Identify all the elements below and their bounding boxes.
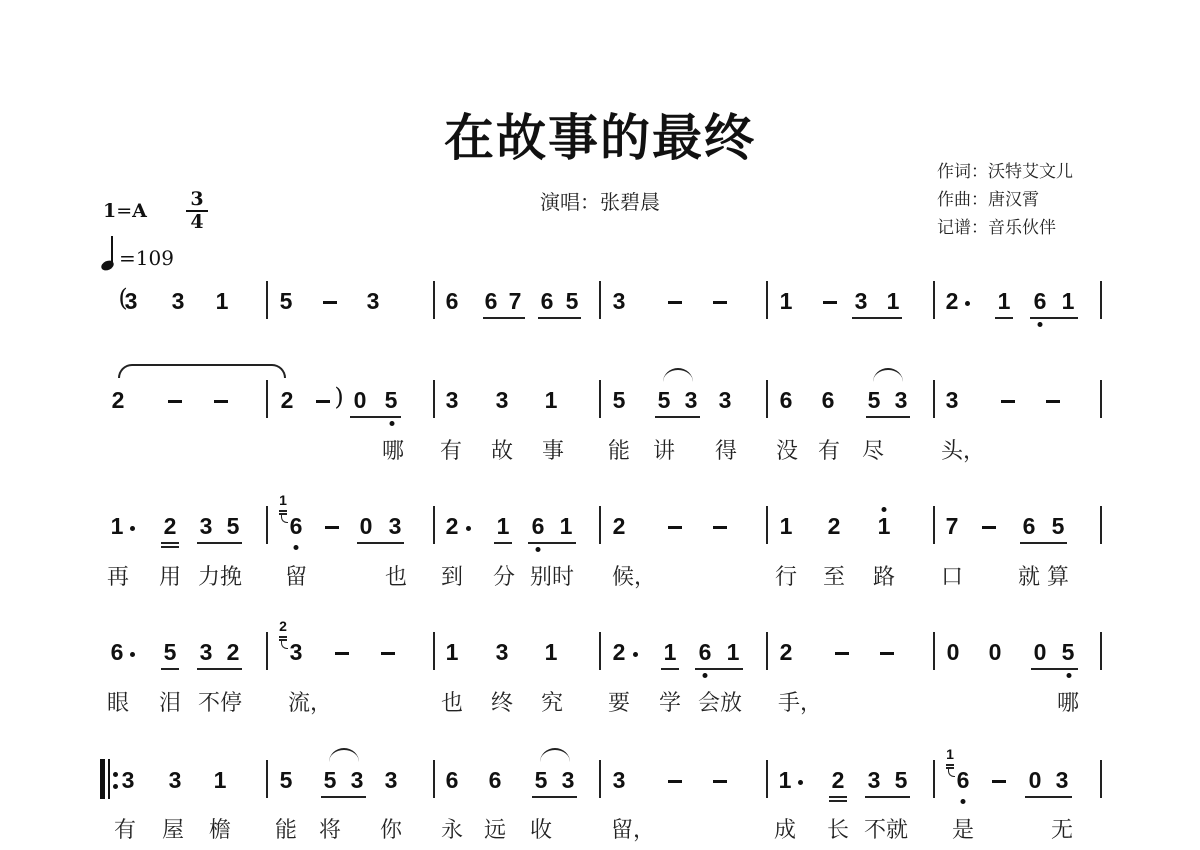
barline <box>599 632 601 670</box>
note: 5 <box>385 386 398 414</box>
note: 5 <box>613 386 626 414</box>
transcriber-credit: 记谱：音乐伙伴 <box>937 214 1073 242</box>
augmentation-dot <box>130 526 135 531</box>
note: 3 <box>367 287 380 315</box>
low-octave-dot <box>703 673 708 678</box>
key-signature: 1=A <box>103 200 147 222</box>
note: 0 <box>1029 766 1042 794</box>
note: 3 <box>200 638 213 666</box>
note: 3 <box>446 386 459 414</box>
note: 6 <box>1023 512 1036 540</box>
barline <box>266 760 268 798</box>
barline <box>933 281 935 319</box>
barline <box>933 632 935 670</box>
underline <box>1031 668 1078 670</box>
note: 5 <box>1062 638 1075 666</box>
note: 6 <box>541 287 554 315</box>
barline <box>266 506 268 544</box>
barline <box>766 380 768 418</box>
note: 5 <box>566 287 579 315</box>
lyricist-credit: 作词：沃特艾文儿 <box>937 158 1073 186</box>
underline <box>829 800 847 802</box>
note: 3 <box>200 512 213 540</box>
note: 0 <box>947 638 960 666</box>
note: 6 <box>699 638 712 666</box>
note: 0 <box>989 638 1002 666</box>
note: 0 <box>354 386 367 414</box>
underline <box>161 542 179 544</box>
note: 3 <box>496 638 509 666</box>
underline <box>357 542 404 544</box>
note: 3 <box>946 386 959 414</box>
close-paren: ) <box>334 383 343 411</box>
note: 2 <box>828 512 841 540</box>
grace-slur <box>281 640 288 649</box>
note: 3 <box>613 766 626 794</box>
note: 2 <box>227 638 240 666</box>
dash <box>835 652 849 655</box>
note: 5 <box>868 386 881 414</box>
underline <box>1025 796 1072 798</box>
note: 6 <box>489 766 502 794</box>
note: 1 <box>216 287 229 315</box>
dash <box>316 400 330 403</box>
barline <box>266 380 268 418</box>
underline <box>866 416 910 418</box>
underline <box>532 796 577 798</box>
dash <box>713 526 727 529</box>
underline <box>865 796 910 798</box>
note: 1 <box>779 766 792 794</box>
note: 6 <box>1034 287 1047 315</box>
note: 6 <box>957 766 970 794</box>
note: 2 <box>946 287 959 315</box>
note: 2 <box>613 638 626 666</box>
barline <box>1100 380 1102 418</box>
note: 7 <box>509 287 522 315</box>
low-octave-dot <box>294 545 299 550</box>
note: 3 <box>290 638 303 666</box>
low-octave-dot <box>961 799 966 804</box>
note: 1 <box>214 766 227 794</box>
underline <box>494 542 512 544</box>
underline <box>695 668 743 670</box>
underline <box>655 416 700 418</box>
barline <box>1100 506 1102 544</box>
barline <box>599 380 601 418</box>
repeat-start-thin-bar <box>108 759 110 799</box>
dash <box>1001 400 1015 403</box>
augmentation-dot <box>798 780 803 785</box>
repeat-start-thick-bar <box>100 759 105 799</box>
barline <box>433 506 435 544</box>
note: 1 <box>780 287 793 315</box>
barline <box>433 760 435 798</box>
note: 3 <box>122 766 135 794</box>
barline <box>433 281 435 319</box>
underline <box>321 796 366 798</box>
note: 5 <box>280 287 293 315</box>
dash <box>668 301 682 304</box>
note: 3 <box>855 287 868 315</box>
high-octave-dot <box>882 507 887 512</box>
low-octave-dot <box>1067 673 1072 678</box>
underline <box>1020 542 1067 544</box>
grace-note: 2 <box>279 618 287 634</box>
barline <box>266 281 268 319</box>
repeat-dot <box>113 772 118 777</box>
dash <box>1046 400 1060 403</box>
underline <box>852 317 902 319</box>
note: 3 <box>895 386 908 414</box>
note: 2 <box>780 638 793 666</box>
note: 5 <box>280 766 293 794</box>
tie <box>873 368 903 382</box>
barline <box>1100 760 1102 798</box>
tempo-marking: =109 <box>101 236 174 270</box>
time-signature: 3 4 <box>186 190 208 232</box>
note: 7 <box>946 512 959 540</box>
barline <box>766 281 768 319</box>
dash <box>992 780 1006 783</box>
note: 2 <box>281 386 294 414</box>
note: 3 <box>169 766 182 794</box>
note: 3 <box>868 766 881 794</box>
note: 1 <box>998 287 1011 315</box>
note: 1 <box>497 512 510 540</box>
grace-note: 1 <box>279 492 287 508</box>
underline <box>1030 317 1078 319</box>
note: 6 <box>111 638 124 666</box>
dash <box>168 400 182 403</box>
credits-block: 作词：沃特艾文儿 作曲：唐汉霄 记谱：音乐伙伴 <box>937 158 1073 242</box>
note: 6 <box>446 766 459 794</box>
note: 1 <box>664 638 677 666</box>
dash <box>713 301 727 304</box>
note: 5 <box>535 766 548 794</box>
tie <box>329 748 359 762</box>
barline <box>433 632 435 670</box>
dash <box>823 301 837 304</box>
note: 1 <box>545 386 558 414</box>
note: 5 <box>1052 512 1065 540</box>
dash <box>381 652 395 655</box>
note: 3 <box>562 766 575 794</box>
note: 5 <box>164 638 177 666</box>
grace-slur <box>948 768 955 777</box>
underline <box>995 317 1013 319</box>
note: 1 <box>446 638 459 666</box>
note: 0 <box>360 512 373 540</box>
note: 3 <box>685 386 698 414</box>
underline <box>829 796 847 798</box>
note: 3 <box>719 386 732 414</box>
note: 1 <box>545 638 558 666</box>
dash <box>323 301 337 304</box>
dash <box>214 400 228 403</box>
barline <box>766 632 768 670</box>
underline <box>528 542 576 544</box>
augmentation-dot <box>130 652 135 657</box>
underline <box>197 542 242 544</box>
note: 6 <box>290 512 303 540</box>
note: 3 <box>496 386 509 414</box>
note: 1 <box>560 512 573 540</box>
note: 1 <box>887 287 900 315</box>
barline <box>766 506 768 544</box>
note: 6 <box>532 512 545 540</box>
note: 3 <box>125 287 138 315</box>
note: 1 <box>1062 287 1075 315</box>
underline <box>661 668 679 670</box>
composer-credit: 作曲：唐汉霄 <box>937 186 1073 214</box>
dash <box>880 652 894 655</box>
note: 2 <box>164 512 177 540</box>
note: 3 <box>385 766 398 794</box>
low-octave-dot <box>390 421 395 426</box>
barline <box>599 281 601 319</box>
augmentation-dot <box>633 652 638 657</box>
note: 6 <box>446 287 459 315</box>
note: 6 <box>780 386 793 414</box>
augmentation-dot <box>965 301 970 306</box>
barline <box>266 632 268 670</box>
note: 3 <box>351 766 364 794</box>
barline <box>1100 281 1102 319</box>
repeat-dot <box>113 784 118 789</box>
grace-note: 1 <box>946 746 954 762</box>
underline <box>350 416 401 418</box>
dash <box>325 526 339 529</box>
underline <box>538 317 581 319</box>
note: 2 <box>446 512 459 540</box>
note: 6 <box>485 287 498 315</box>
note: 2 <box>613 512 626 540</box>
dash <box>668 526 682 529</box>
dash <box>335 652 349 655</box>
note: 5 <box>895 766 908 794</box>
note: 5 <box>324 766 337 794</box>
underline <box>161 546 179 548</box>
low-octave-dot <box>536 547 541 552</box>
underline <box>483 317 525 319</box>
barline <box>933 760 935 798</box>
slur <box>118 364 286 378</box>
barline <box>1100 632 1102 670</box>
note: 1 <box>727 638 740 666</box>
underline <box>197 668 242 670</box>
note: 3 <box>172 287 185 315</box>
note: 1 <box>878 512 891 540</box>
low-octave-dot <box>1038 322 1043 327</box>
note: 5 <box>658 386 671 414</box>
barline <box>433 380 435 418</box>
dash <box>668 780 682 783</box>
augmentation-dot <box>466 526 471 531</box>
barline <box>933 506 935 544</box>
note: 1 <box>780 512 793 540</box>
note: 6 <box>822 386 835 414</box>
dash <box>982 526 996 529</box>
note: 5 <box>227 512 240 540</box>
barline <box>599 760 601 798</box>
note: 3 <box>389 512 402 540</box>
note: 2 <box>112 386 125 414</box>
underline <box>161 668 179 670</box>
tie <box>663 368 693 382</box>
note: 2 <box>832 766 845 794</box>
barline <box>766 760 768 798</box>
tie <box>540 748 570 762</box>
note: 3 <box>613 287 626 315</box>
note: 1 <box>111 512 124 540</box>
quarter-note-icon <box>101 236 115 270</box>
dash <box>713 780 727 783</box>
grace-slur <box>281 514 288 523</box>
barline <box>599 506 601 544</box>
note: 0 <box>1034 638 1047 666</box>
barline <box>933 380 935 418</box>
note: 3 <box>1056 766 1069 794</box>
